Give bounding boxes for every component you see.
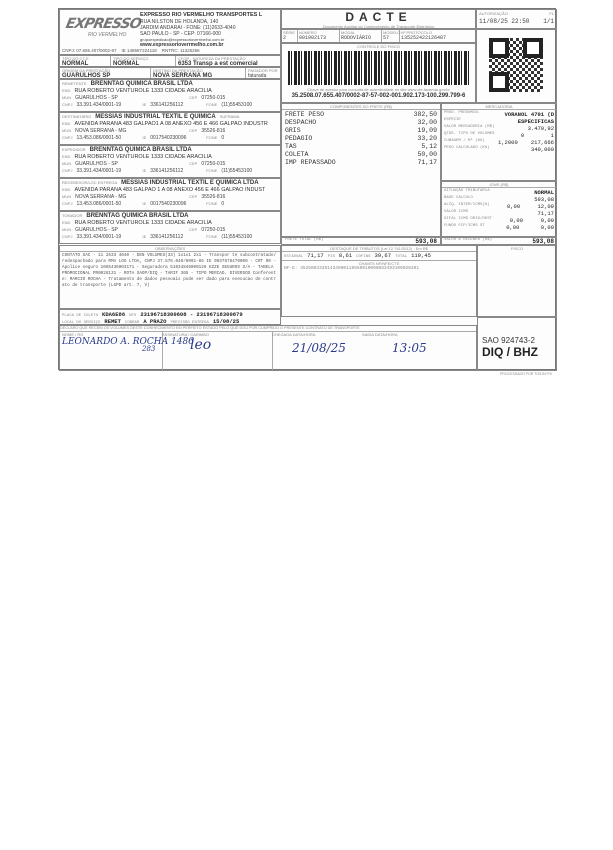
cte-number: 001902173 (299, 35, 339, 41)
modal: RODOVIÁRIO (341, 35, 381, 41)
party-cep: 35526-816 (201, 128, 225, 134)
freight-total: 593,08 (415, 238, 437, 244)
party-0: REMETENTEBRENNTAG QUIMICA BRASIL LTDAEND… (59, 79, 281, 112)
protocol-number: 135252422126487 (401, 35, 475, 41)
plate: KDA6E86 (102, 311, 125, 318)
observations-text: CONTATO SAC - 11 2633 4040 - DEN VOLUMES… (60, 252, 280, 290)
cte-id-row: SÉRIE2 NÚMERO001902173 MODALRODOVIÁRIO M… (281, 29, 476, 43)
party-cnpj: 13.453.086/0001-50 (76, 135, 138, 141)
delivery-forecast: 15/08/25 (213, 318, 239, 325)
qr-code-icon (489, 38, 543, 92)
route-row: ORIGEM DA PRESTAÇÃOGUARULHOS SP DESTINO … (59, 67, 281, 79)
authorization-block: AUTORIZAÇÃO FL 11/08/25 22:50 1/1 (476, 9, 557, 29)
tax-base: 593,08 (534, 196, 554, 203)
freight-item: DESPACHO32,00 (285, 119, 437, 127)
freight-total-row: FRETE TOTAL (R$)593,08 (281, 237, 441, 245)
charge-type: A PRAZO (143, 318, 166, 325)
cubage: 217,666 (531, 139, 554, 146)
signature: leo (190, 337, 272, 353)
party-phone: (11)55453100 (221, 102, 252, 108)
company-logo: EXPRESSO RIO VERMELHO (66, 16, 136, 38)
party-cnpj: 33.391.434/0001-19 (76, 102, 138, 108)
stamp-code: SAO 924743-2 (482, 336, 552, 345)
party-name: MESSIAS INDUSTRIAL TEXTIL E QUIMICA LTDA (121, 180, 258, 187)
party-name: BRENNTAG QUIMICA BRASIL LTDA (91, 81, 193, 88)
tax-pis: 8,61 (339, 252, 352, 259)
party-address: RUA ROBERTO VENTUROLE 1333 CIDADE ARACIL… (74, 220, 211, 227)
party-ie: 336141256112 (150, 168, 202, 174)
serie: 2 (283, 35, 297, 41)
party-name: BRENNTAG QUIMICA BRASIL LTDA (86, 213, 188, 220)
amount-receivable-row: VALOR A RECEBER (R$)593,08 (441, 237, 557, 245)
dacte-title-block: DACTE Documento Auxiliar do Conhecimento… (281, 9, 476, 29)
party-3: RECEBEDOR/LOC ENTREGAMESSIAS INDUSTRIAL … (59, 178, 281, 211)
company-cnpj: CNPJ: 07.655.407/0002-87 (62, 48, 117, 53)
volumes: 1 (551, 132, 554, 139)
party-cnpj: 33.391.434/0001-19 (76, 234, 138, 240)
company-name: EXPRESSO RIO VERMELHO TRANSPORTES L (140, 12, 262, 19)
party-address: AVENIDA PARANA 483 GALPAO 1 A 08 ANEXO 4… (74, 187, 265, 194)
arrival-date: 21/08/25 (292, 341, 362, 355)
dacte-document: EXPRESSO RIO VERMELHO EXPRESSO RIO VERME… (58, 8, 556, 370)
freight-item: PEDAGIO33,20 (285, 135, 437, 143)
freight-item: TAS5,12 (285, 143, 437, 151)
observations-block: OBSERVAÇÕES CONTATO SAC - 11 2633 4040 -… (59, 245, 281, 309)
party-cep: 07250-015 (201, 227, 225, 233)
party-city: GUARULHOS - SP (75, 95, 185, 101)
stamp-route: DIQ / BHZ (482, 345, 552, 359)
party-cnpj: 33.391.434/0001-19 (76, 168, 138, 174)
party-ie: 0017540230096 (150, 201, 202, 207)
processed-by: PROCESSADO POR TOS.BY.PX (500, 372, 552, 376)
party-2: EXPEDIDORBRENNTAG QUIMICA BRASIL LTDAEND… (59, 145, 281, 178)
party-cnpj: 13.453.086/0001-50 (76, 201, 138, 207)
icms-value: 71,17 (537, 210, 554, 217)
product: VORANOL 4701 (D (504, 111, 554, 118)
service-type-row: TIPO DO CT-ENORMAL TIPO DO SERVIÇONORMAL… (59, 55, 281, 67)
tax-state: 71,17 (307, 252, 324, 259)
party-phone: 0 (221, 201, 224, 207)
tax-total: 119,45 (411, 252, 431, 259)
party-ie: 336141256112 (150, 234, 202, 240)
party-city: GUARULHOS - SP (75, 161, 185, 167)
service-location: REMET (104, 318, 121, 325)
barcode (288, 51, 469, 85)
party-phone: (11)55453100 (221, 168, 252, 174)
amount-receivable: 593,08 (532, 238, 554, 244)
collection-info: PLACA DE COLETAKDA6E86 NFS23196718300608… (59, 309, 281, 325)
tax-rate: 12,00 (537, 203, 554, 210)
party-phone: 0 (221, 135, 224, 141)
nfe-key: NF-E: 3525083339143400011955001000088349… (282, 266, 476, 271)
freight-item: COLETA50,00 (285, 151, 437, 159)
tax-highlight-block: DESTAQUE DE TRIBUTOS (Lei 12.741/2012) -… (281, 245, 477, 317)
tax-cofins: 39,67 (375, 252, 392, 259)
company-ie: IE 148587224118 (122, 48, 157, 53)
weight: 340,000 (531, 146, 554, 153)
departure-time: 13:05 (392, 341, 476, 355)
nfs-numbers: 23196718300608 - 23196718300879 (140, 311, 242, 318)
party-4: TOMADORBRENNTAG QUIMICA BRASIL LTDAENDRU… (59, 211, 281, 244)
barcode-block: CONTROLE DO FISCO Chave de acesso para c… (281, 43, 476, 103)
freight-item: FRETE PESO382,50 (285, 111, 437, 119)
party-name: BRENNTAG QUIMICA BRASIL LTDA (90, 147, 192, 154)
qr-block (476, 29, 557, 103)
party-address: RUA ROBERTO VENTUROLE 1333 CIDADE ARACIL… (74, 88, 211, 95)
party-cep: 07250-015 (201, 95, 225, 101)
doc-title: DACTE (282, 10, 475, 24)
party-cep: 35526-816 (201, 194, 225, 200)
species: ESPECIFICAS (518, 118, 554, 125)
party-city: NOVA SERRANA - MG (75, 194, 185, 200)
page-number: 1/1 (543, 18, 554, 25)
fisco-block: FISCO (477, 245, 557, 317)
party-ie: 0017540230096 (150, 135, 202, 141)
auth-datetime: 11/08/25 22:50 (479, 18, 529, 25)
party-ie: 336141256112 (150, 102, 202, 108)
delivery-receipt: DECLARO QUE RECEBI OS VOLUMES DESTE CONH… (59, 325, 477, 371)
icms-block: ICMS (R$) SITUAÇÃO TRIBUTÁRIANORMAL BASE… (441, 181, 557, 237)
party-city: NOVA SERRANA - MG (75, 128, 185, 134)
freight-components: COMPONENTES DO FRETE (R$) FRETE PESO382,… (281, 103, 441, 237)
party-1: DESTINATÁRIOMESSIAS INDUSTRIAL TEXTIL E … (59, 112, 281, 145)
modelo: 57 (383, 35, 399, 41)
access-key: 35.2508.07.655.407/0002-87-57-002-001.90… (282, 93, 475, 99)
party-cep: 07250-015 (201, 161, 225, 167)
cargo-block: MERCADORIA PROD. PREDOMIN.VORANOL 4701 (… (441, 103, 557, 181)
cargo-value: 3.470,92 (528, 125, 554, 132)
route-stamp: SAO 924743-2 DIQ / BHZ (477, 317, 557, 371)
tax-situation: NORMAL (534, 189, 554, 196)
party-address: AVENIDA PARANA 483 GALPAO1 A 08 ANEXO 45… (74, 121, 267, 128)
party-name: MESSIAS INDUSTRIAL TEXTIL E QUIMICA (95, 114, 215, 121)
party-city: GUARULHOS - SP (75, 227, 185, 233)
freight-item: GRIS19,09 (285, 127, 437, 135)
company-rntrc: RNTRC: 11325266 (162, 48, 200, 53)
freight-item: IMP REPASSADO71,17 (285, 159, 437, 167)
company-header: EXPRESSO RIO VERMELHO EXPRESSO RIO VERME… (59, 9, 281, 55)
parties-list: REMETENTEBRENNTAG QUIMICA BRASIL LTDAEND… (59, 79, 281, 244)
party-phone: (11)55453100 (221, 234, 252, 240)
party-address: RUA ROBERTO VENTUROLE 1333 CIDADE ARACIL… (74, 154, 211, 161)
